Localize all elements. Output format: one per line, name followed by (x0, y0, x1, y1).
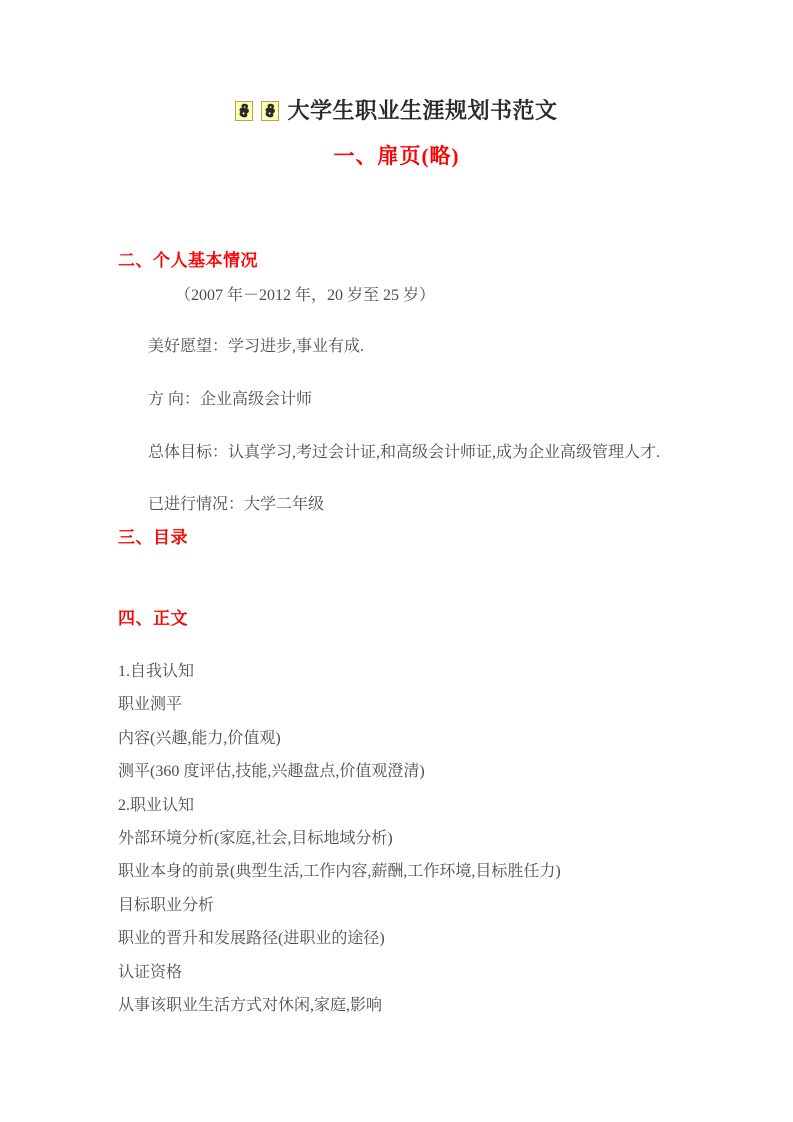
text-line: 认证资格 (118, 956, 561, 989)
text-line-overall-goal: 总体目标：认真学习,考过会计证,和高级会计师证,成为企业高级管理人才. (148, 439, 660, 462)
document-title: 大学生职业生涯规划书范文 (287, 98, 557, 123)
text-line: 职业测平 (118, 688, 561, 721)
text-line: 目标职业分析 (118, 889, 561, 922)
section-3-heading: 三、目录 (118, 523, 188, 548)
text-line: 1.自我认知 (118, 655, 561, 688)
text-line: 测平(360 度评估,技能,兴趣盘点,价值观澄清) (118, 755, 561, 788)
text-line: 内容(兴趣,能力,价值观) (118, 722, 561, 755)
text-line: 2.职业认知 (118, 789, 561, 822)
section-4-heading: 四、正文 (118, 604, 188, 629)
placeholder-glyph-icon (235, 101, 253, 121)
text-line-direction: 方 向：企业高级会计师 (148, 386, 312, 409)
text-line-progress: 已进行情况：大学二年级 (148, 491, 324, 514)
placeholder-glyph-icon (261, 101, 279, 121)
document-title-row: 大学生职业生涯规划书范文 (0, 94, 793, 125)
text-line: 从事该职业生活方式对休闲,家庭,影响 (118, 989, 561, 1022)
text-line-wish: 美好愿望：学习进步,事业有成. (148, 333, 364, 356)
main-content-lines: 1.自我认知 职业测平 内容(兴趣,能力,价值观) 测平(360 度评估,技能,… (118, 655, 561, 1022)
text-line: 外部环境分析(家庭,社会,目标地域分析) (118, 822, 561, 855)
text-line: 职业的晋升和发展路径(进职业的途径) (118, 922, 561, 955)
text-line: 职业本身的前景(典型生活,工作内容,薪酬,工作环境,目标胜任力) (118, 855, 561, 888)
document-page: 大学生职业生涯规划书范文 一、扉页(略) 二、个人基本情况 （2007 年－20… (0, 0, 793, 1122)
section-1-heading: 一、扉页(略) (0, 140, 793, 170)
section-2-heading: 二、个人基本情况 (118, 246, 258, 271)
text-line-period-range: （2007 年－2012 年，20 岁至 25 岁） (175, 282, 435, 305)
